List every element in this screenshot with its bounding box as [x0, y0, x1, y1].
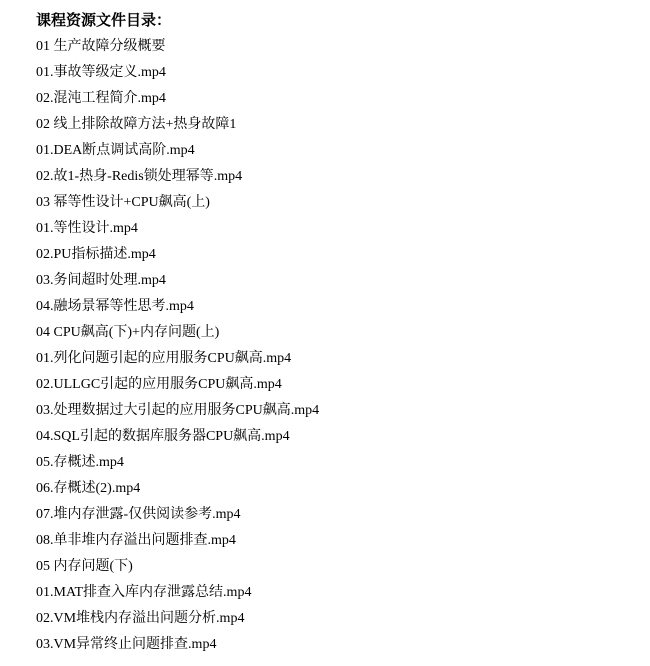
- file-item: 02.混沌工程简介.mp4: [36, 86, 319, 112]
- file-item: 01.等性设计.mp4: [36, 216, 319, 242]
- section-heading: 05 内存问题(下): [36, 554, 319, 580]
- file-item: 06.存概述(2).mp4: [36, 476, 319, 502]
- directory-title: 课程资源文件目录：: [36, 8, 319, 34]
- file-item: 01.事故等级定义.mp4: [36, 60, 319, 86]
- section-heading: 03 幂等性设计+CPU飙高(上): [36, 190, 319, 216]
- file-item: 02.VM堆栈内存溢出问题分析.mp4: [36, 606, 319, 632]
- section-heading: 01 生产故障分级概要: [36, 34, 319, 60]
- file-item: 03.VM异常终止问题排查.mp4: [36, 632, 319, 658]
- file-item: 07.堆内存泄露-仅供阅读参考.mp4: [36, 502, 319, 528]
- file-item: 04.SQL引起的数据库服务器CPU飙高.mp4: [36, 424, 319, 450]
- file-item: 02.ULLGC引起的应用服务CPU飙高.mp4: [36, 372, 319, 398]
- file-item: 01.MAT排查入库内存泄露总结.mp4: [36, 580, 319, 606]
- section-heading: 02 线上排除故障方法+热身故障1: [36, 112, 319, 138]
- file-item: 04.融场景幂等性思考.mp4: [36, 294, 319, 320]
- file-item: 03.处理数据过大引起的应用服务CPU飙高.mp4: [36, 398, 319, 424]
- file-item: 03.务间超时处理.mp4: [36, 268, 319, 294]
- file-item: 01.DEA断点调试高阶.mp4: [36, 138, 319, 164]
- file-item: 02.故1-热身-Redis锁处理幂等.mp4: [36, 164, 319, 190]
- file-item: 02.PU指标描述.mp4: [36, 242, 319, 268]
- file-item: 08.单非堆内存溢出问题排查.mp4: [36, 528, 319, 554]
- course-resource-directory: 课程资源文件目录： 01 生产故障分级概要 01.事故等级定义.mp4 02.混…: [36, 8, 319, 658]
- file-item: 01.列化问题引起的应用服务CPU飙高.mp4: [36, 346, 319, 372]
- file-item: 05.存概述.mp4: [36, 450, 319, 476]
- section-heading: 04 CPU飙高(下)+内存问题(上): [36, 320, 319, 346]
